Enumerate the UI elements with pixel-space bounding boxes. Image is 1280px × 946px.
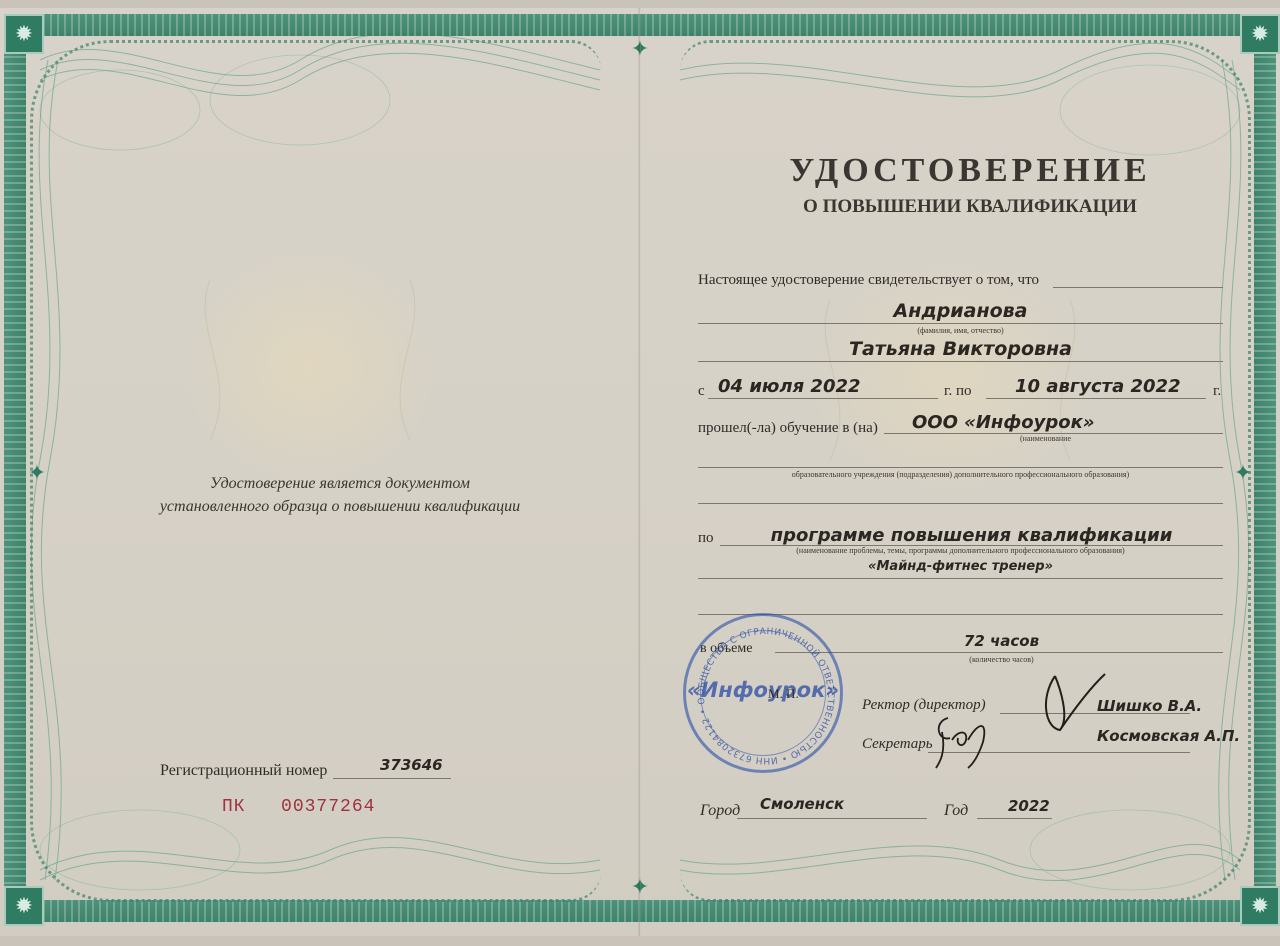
org-hint-1: (наименование	[1020, 434, 1071, 443]
organization-line-2	[698, 467, 1223, 468]
secretary-signature	[928, 712, 998, 772]
year-suffix: г.	[1213, 383, 1221, 400]
program-hint: (наименование проблемы, темы, программы …	[698, 546, 1223, 555]
hours-hint: (количество часов)	[780, 655, 1223, 664]
date-from-value: 04 июля 2022	[718, 376, 861, 397]
border-left	[4, 14, 26, 922]
registration-number: 373646	[380, 756, 443, 774]
year-value: 2022	[1008, 797, 1050, 815]
organization-line-3	[698, 503, 1223, 504]
surname-line	[698, 323, 1223, 324]
date-from-label: с	[698, 383, 705, 400]
intro-text: Настоящее удостоверение свидетельствует …	[698, 272, 1039, 289]
program-type-value: программе повышения квалификации	[720, 525, 1223, 546]
center-fold	[638, 8, 641, 936]
surname-value: Андрианова	[698, 300, 1223, 322]
fio-hint: (фамилия, имя, отчество)	[698, 326, 1223, 335]
validity-note: Удостоверение является документом устано…	[110, 472, 570, 518]
organization-value: ООО «Инфоурок»	[912, 412, 1095, 433]
series-digits: 00377264	[281, 797, 375, 817]
certificate-subtitle: О ПОВЫШЕНИИ КВАЛИФИКАЦИИ	[700, 196, 1240, 218]
stamp-place-label: М. П.	[768, 686, 799, 702]
date-to-line	[986, 398, 1206, 399]
intro-line	[1053, 287, 1223, 288]
registration-label: Регистрационный номер	[160, 762, 327, 780]
star-ornament-icon: ✦	[26, 462, 48, 484]
validity-note-line2: установленного образца о повышении квали…	[110, 495, 570, 518]
org-hint-2: образовательного учреждения (подразделен…	[698, 470, 1223, 479]
name-line	[698, 361, 1223, 362]
organization-stamp: ОБЩЕСТВО С ОГРАНИЧЕННОЙ ОТВЕТСТВЕННОСТЬЮ…	[683, 613, 843, 773]
city-value: Смоленск	[760, 795, 844, 813]
year-label: Год	[944, 802, 968, 820]
registration-line	[333, 778, 451, 779]
corner-ornament-icon: ✹	[4, 14, 44, 54]
validity-note-line1: Удостоверение является документом	[110, 472, 570, 495]
year-line	[977, 818, 1052, 819]
corner-ornament-icon: ✹	[1240, 14, 1280, 54]
secretary-name: Космовская А.П.	[1097, 727, 1240, 745]
certificate-title: УДОСТОВЕРЕНИЕ	[700, 152, 1240, 190]
program-name-value: «Майнд-фитнес тренер»	[698, 559, 1223, 574]
date-to-value: 10 августа 2022	[1015, 376, 1181, 397]
program-label: по	[698, 530, 714, 547]
series-number: ПК 00377264	[222, 797, 375, 817]
border-right	[1254, 14, 1276, 922]
city-label: Город	[700, 802, 740, 820]
city-line	[737, 818, 927, 819]
program-name-line	[698, 578, 1223, 579]
stamp-center-text: «Инфоурок»	[686, 678, 840, 702]
star-ornament-icon: ✦	[1232, 462, 1254, 484]
trained-label: прошел(-ла) обучение в (на)	[698, 420, 878, 437]
director-name: Шишко В.А.	[1097, 697, 1202, 715]
director-signature	[1030, 668, 1110, 738]
date-from-line	[708, 398, 938, 399]
date-to-label: г. по	[944, 383, 972, 400]
name-patronymic-value: Татьяна Викторовна	[698, 338, 1223, 360]
secretary-label: Секретарь	[862, 736, 933, 753]
corner-ornament-icon: ✹	[1240, 886, 1280, 926]
corner-ornament-icon: ✹	[4, 886, 44, 926]
hours-value: 72 часов	[780, 632, 1223, 650]
series-prefix: ПК	[222, 797, 246, 817]
